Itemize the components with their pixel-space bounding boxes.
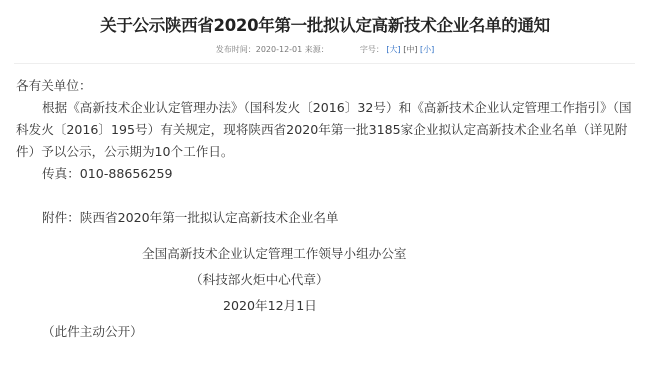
attachment-link[interactable]: 陕西省2020年第一批拟认定高新技术企业名单: [80, 210, 339, 225]
publish-label: 发布时间：: [216, 45, 256, 54]
signature-date: 2020年12月1日: [16, 295, 636, 317]
source-label: 来源：: [305, 45, 329, 54]
fax-line: 传真：010-88656259: [16, 163, 636, 185]
font-size-large-button[interactable]: [大]: [386, 45, 400, 54]
signature-org: 全国高新技术企业认定管理工作领导小组办公室: [16, 243, 636, 265]
attachment-line: 附件：陕西省2020年第一批拟认定高新技术企业名单: [16, 207, 636, 229]
attachment-label: 附件：: [42, 210, 80, 225]
main-paragraph: 根据《高新技术企业认定管理办法》（国科发火〔2016〕32号）和《高新技术企业认…: [16, 97, 636, 163]
article-content: 各有关单位： 根据《高新技术企业认定管理办法》（国科发火〔2016〕32号）和《…: [16, 75, 636, 343]
disclosure-note: （此件主动公开）: [16, 321, 636, 343]
publish-date: 2020-12-01: [256, 45, 303, 54]
font-size-label: 字号：: [360, 45, 384, 54]
article-title: 关于公示陕西省2020年第一批拟认定高新技术企业名单的通知: [0, 14, 650, 38]
font-size-medium-button[interactable]: [中]: [403, 45, 417, 54]
article-meta: 发布时间：2020-12-01 来源： 字号： [大] [中] [小]: [0, 44, 650, 56]
signature-seal: （科技部火炬中心代章）: [16, 269, 636, 291]
font-size-small-button[interactable]: [小]: [420, 45, 434, 54]
salutation: 各有关单位：: [16, 75, 636, 97]
header-divider: [14, 63, 635, 64]
